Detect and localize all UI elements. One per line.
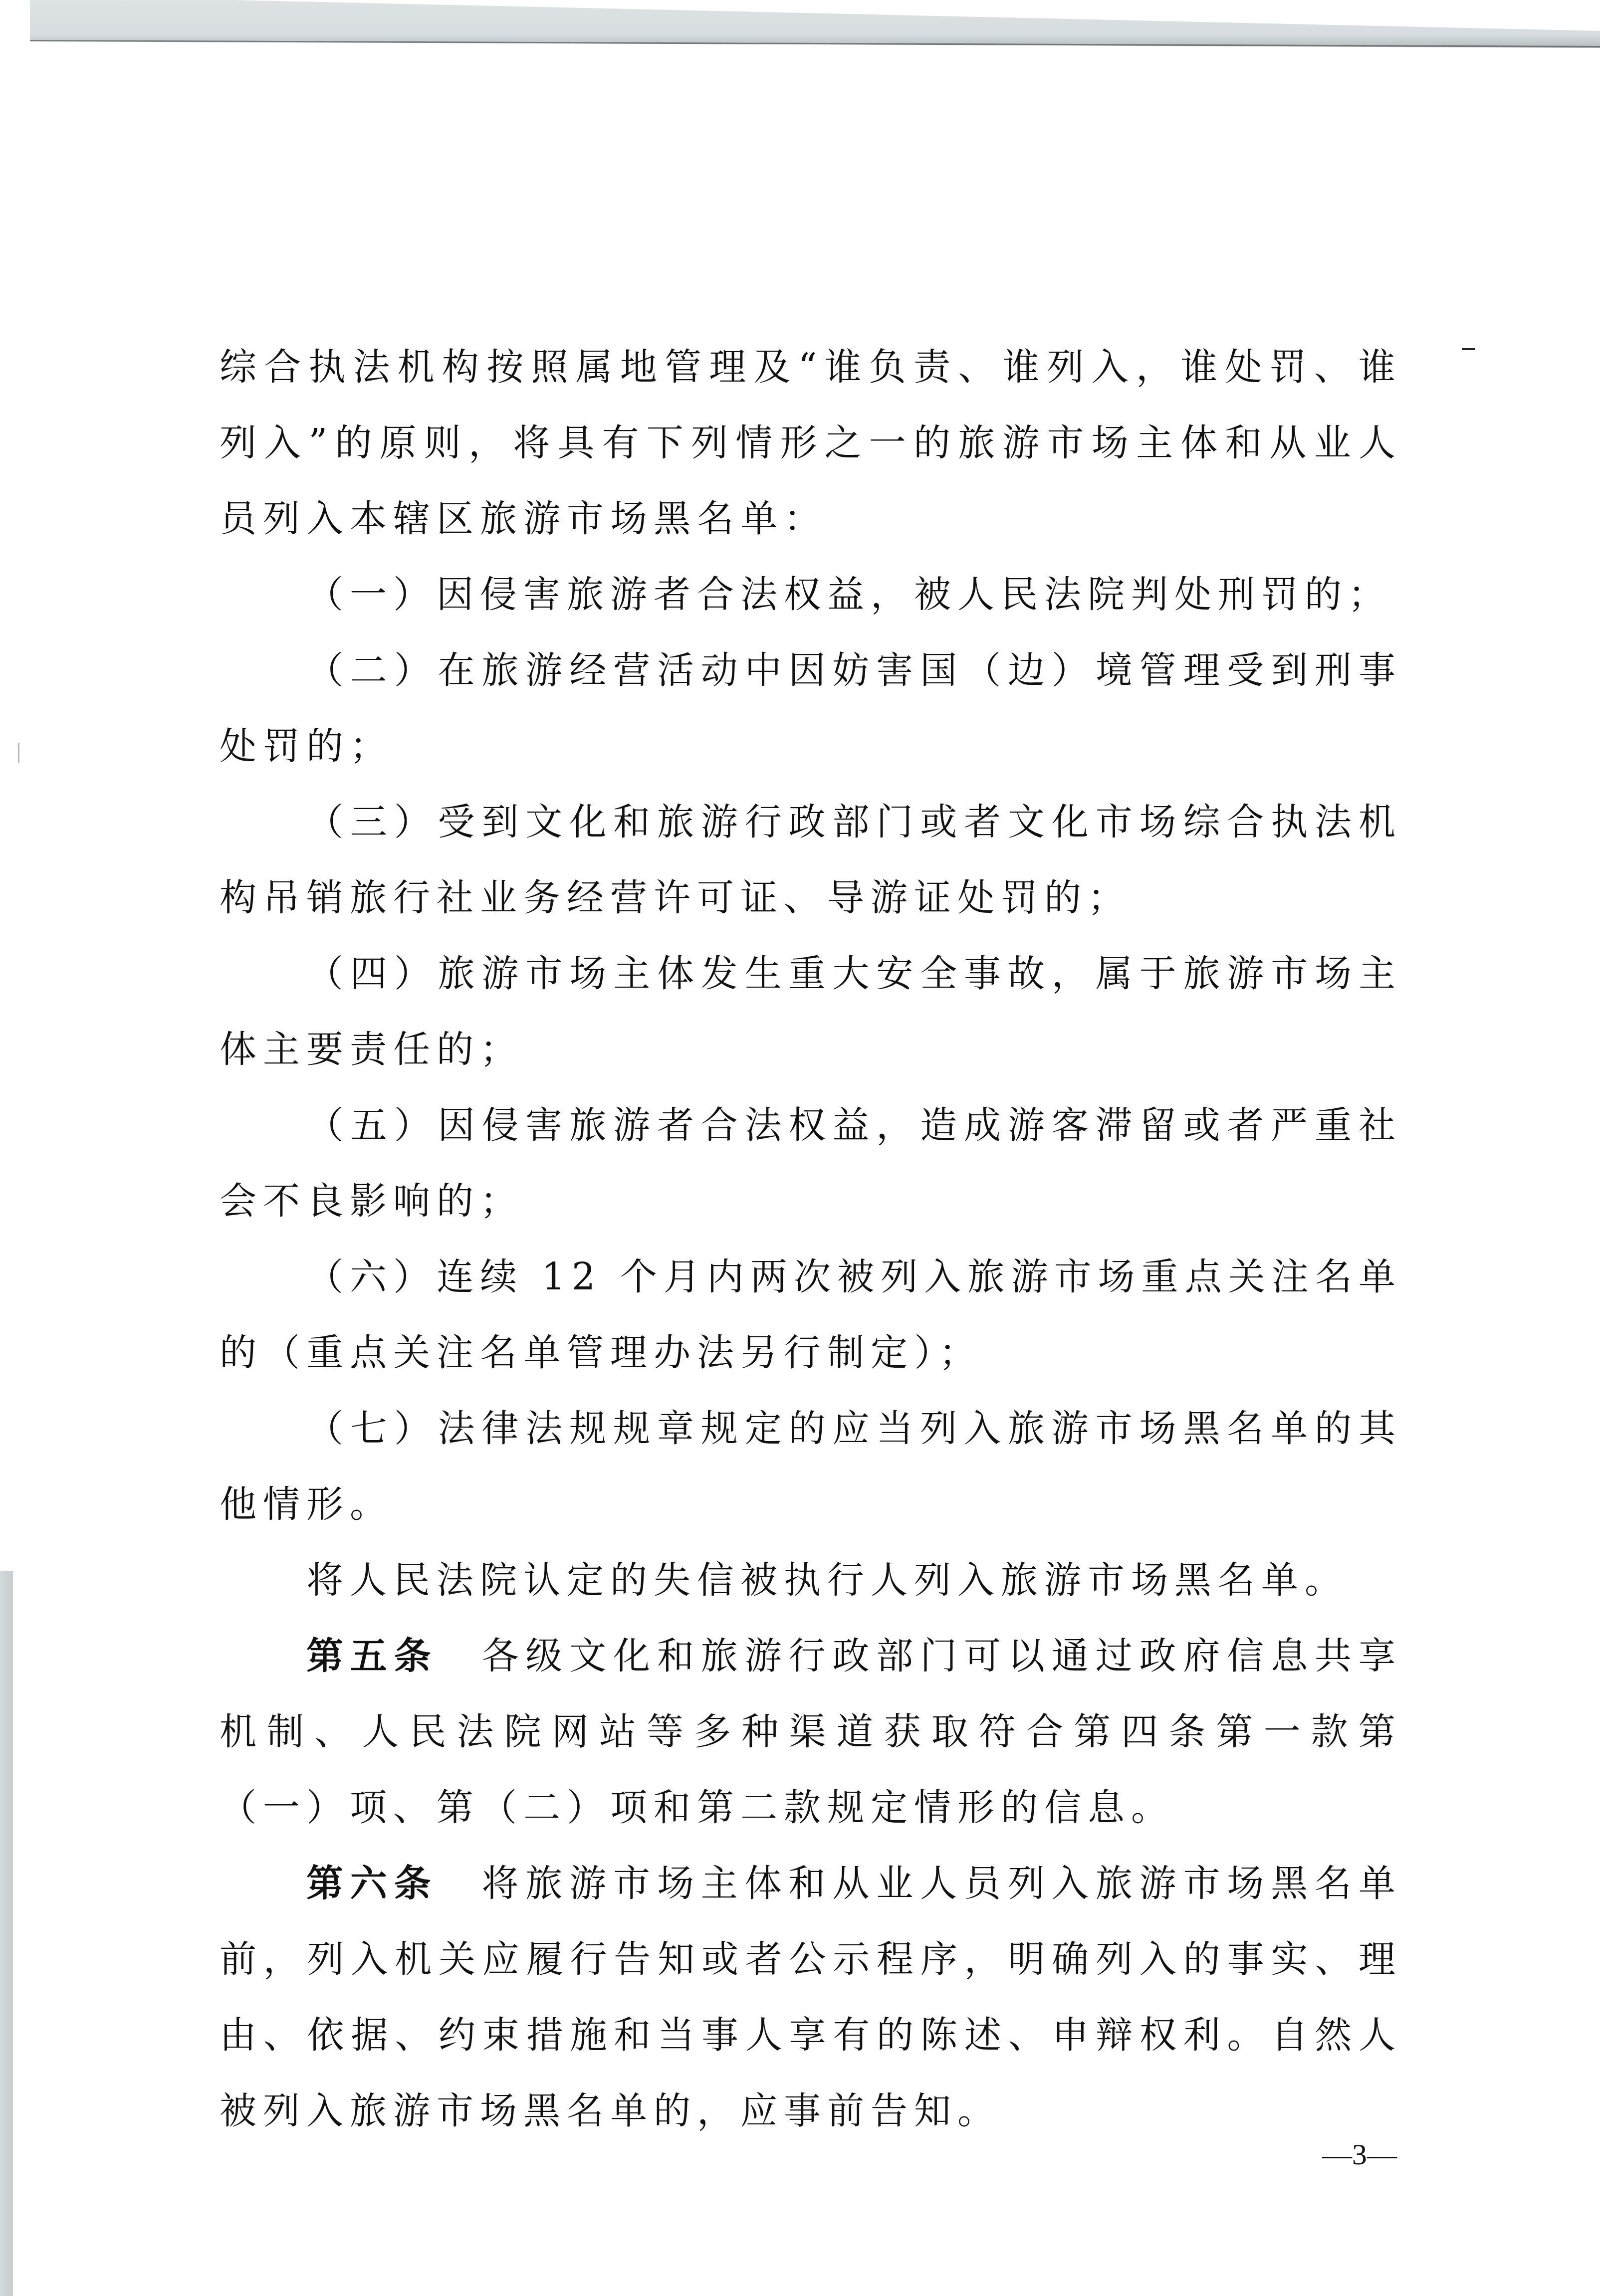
- document-body: 综合执法机构按照属地管理及“谁负责、谁列入，谁处罚、谁列入”的原则，将具有下列情…: [220, 329, 1402, 2149]
- article-5-label: 第五条: [306, 1635, 438, 1677]
- article-5: 第五条各级文化和旅游行政部门可以通过政府信息共享机制、人民法院网站等多种渠道获取…: [220, 1618, 1402, 1846]
- article-6-label: 第六条: [306, 1862, 438, 1905]
- article-6: 第六条将旅游市场主体和从业人员列入旅游市场黑名单前，列入机关应履行告知或者公示程…: [220, 1846, 1402, 2149]
- scan-shadow-top: [30, 0, 1600, 50]
- list-item-1: （一）因侵害旅游者合法权益，被人民法院判处刑罚的；: [220, 557, 1402, 632]
- list-item-6: （六）连续 12 个月内两次被列入旅游市场重点关注名单的（重点关注名单管理办法另…: [220, 1239, 1402, 1391]
- page-number: —3—: [1322, 2137, 1397, 2172]
- paragraph-court-debtors: 将人民法院认定的失信被执行人列入旅游市场黑名单。: [220, 1542, 1402, 1618]
- list-item-2: （二）在旅游经营活动中因妨害国（边）境管理受到刑事处罚的；: [220, 632, 1402, 784]
- list-item-7: （七）法律法规规章规定的应当列入旅游市场黑名单的其他情形。: [220, 1391, 1402, 1542]
- scan-shadow-left: [0, 1571, 13, 2296]
- scan-artifact-dash: [1462, 348, 1475, 350]
- list-item-3: （三）受到文化和旅游行政部门或者文化市场综合执法机构吊销旅行社业务经营许可证、导…: [220, 784, 1402, 936]
- list-item-4: （四）旅游市场主体发生重大安全事故，属于旅游市场主体主要责任的；: [220, 936, 1402, 1087]
- paragraph-continuation: 综合执法机构按照属地管理及“谁负责、谁列入，谁处罚、谁列入”的原则，将具有下列情…: [220, 329, 1402, 557]
- scan-artifact-mark: [18, 743, 19, 763]
- list-item-5: （五）因侵害旅游者合法权益，造成游客滞留或者严重社会不良影响的；: [220, 1087, 1402, 1239]
